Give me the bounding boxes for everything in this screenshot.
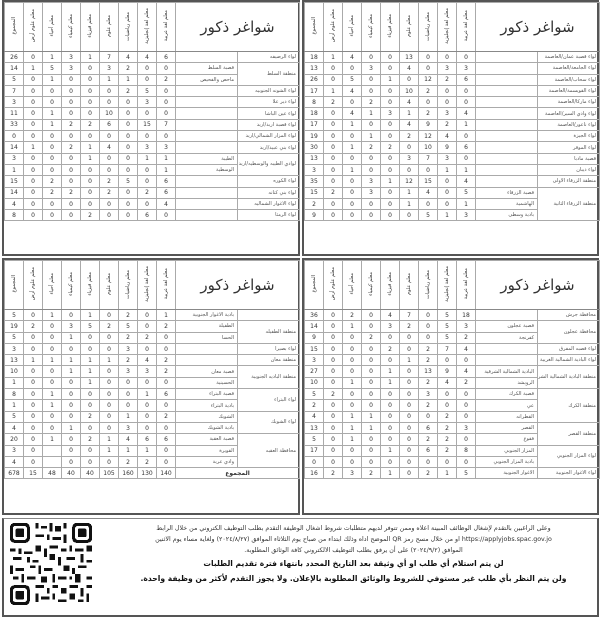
vacancy-count: 0 (138, 74, 157, 85)
sub-area-name: الرويشد (476, 377, 538, 388)
vacancy-count: 1 (43, 400, 62, 411)
vacancy-count: 0 (43, 131, 62, 142)
table-row: لواء عين الباشا00010001011 (5, 108, 300, 119)
column-header-label: معلم علوم (406, 15, 412, 37)
vacancy-count: 0 (100, 85, 119, 96)
vacancy-count: 18 (457, 310, 476, 321)
table-row: منطقة الزرقاء الثانيةقصبة الزرقاء5041030… (305, 187, 600, 198)
sub-area-name (176, 187, 238, 198)
directorate-name: منطقة البادية الشمالية الشرقية (538, 366, 600, 389)
vacancy-count: 4 (457, 366, 476, 377)
vacancy-count: 4 (138, 52, 157, 63)
sub-area-name: قصبة البتراء (176, 389, 238, 400)
column-header-label: معلم أحياء (49, 15, 55, 37)
sub-area-name: بادية وسطى (476, 210, 538, 221)
table-row: لواء سحاب/العاصمة62120105026 (305, 74, 600, 85)
vacancy-count: 0 (81, 389, 100, 400)
vacancy-count: 0 (381, 97, 400, 108)
directorate-name: لواء الشوبك (238, 411, 300, 434)
vacancy-count: 0 (100, 332, 119, 343)
vacancy-count: 0 (457, 389, 476, 400)
vacancy-count: 5 (43, 63, 62, 74)
row-total: 5 (5, 310, 24, 321)
vacancy-count: 0 (381, 131, 400, 142)
vacancy-count: 2 (43, 187, 62, 198)
vacancy-count: 0 (400, 411, 419, 422)
table-row: لواء الكوره6052002015 (5, 176, 300, 187)
vacancy-count: 0 (324, 198, 343, 209)
grand-total-row: المجموع14013016010540404815678 (5, 468, 300, 479)
vacancy-count: 0 (119, 164, 138, 175)
vacancy-count: 0 (81, 422, 100, 433)
vacancy-count: 0 (138, 63, 157, 74)
column-header: معلم أحياء (43, 261, 62, 310)
vacancy-count: 3 (138, 97, 157, 108)
vacancy-count: 4 (119, 434, 138, 445)
directorate-name: منطقة الزرقاء الثانية (538, 187, 600, 221)
table-row: منطقة البادية الشمالية الشرقيةالبادية ال… (305, 366, 600, 377)
grand-total-value: 678 (5, 468, 24, 479)
vacancy-count: 0 (381, 411, 400, 422)
vacancy-count: 0 (400, 445, 419, 456)
table-row: لواء الشوبكالشوبك201020005 (5, 411, 300, 422)
table-row: منطقة القصرالقصر3260011013 (305, 422, 600, 433)
vacancy-count: 1 (81, 52, 100, 63)
row-total: 8 (305, 97, 324, 108)
vacancy-count: 13 (419, 366, 438, 377)
directorate-name: لواء ذيبان (538, 164, 600, 175)
vacancy-count: 0 (81, 97, 100, 108)
column-header-label: معلم فيزياء (87, 272, 93, 296)
row-total: 16 (305, 468, 324, 479)
vacancy-count: 0 (24, 131, 43, 142)
vacancy-count: 2 (157, 321, 176, 332)
vacancy-count: 4 (119, 52, 138, 63)
row-total: 3 (305, 355, 324, 366)
vacancy-count: 0 (100, 422, 119, 433)
vacancy-count: 0 (324, 366, 343, 377)
row-total: 17 (305, 445, 324, 456)
vacancy-count: 1 (100, 445, 119, 456)
vacancy-count: 0 (381, 153, 400, 164)
vacancy-count: 2 (400, 131, 419, 142)
vacancy-count: 6 (157, 52, 176, 63)
column-header: معلم لغة عربية (457, 261, 476, 310)
column-header: معلم رياضيات (119, 261, 138, 310)
directorate-name (238, 310, 300, 321)
vacancy-count: 3 (400, 153, 419, 164)
vacancy-count: 0 (438, 456, 457, 467)
vacancy-count: 0 (138, 164, 157, 175)
vacancy-count: 2 (119, 310, 138, 321)
vacancy-count: 0 (24, 108, 43, 119)
column-header-label: معلم فيزياء (387, 14, 393, 38)
vacancy-count: 0 (100, 411, 119, 422)
vacancy-count: 0 (138, 422, 157, 433)
vacancy-count: 0 (100, 198, 119, 209)
row-total: 14 (5, 63, 24, 74)
vacancy-count: 2 (438, 445, 457, 456)
vacancy-count: 0 (324, 400, 343, 411)
sub-area-name: كفرنجة (476, 332, 538, 343)
table-row: منطقة معان2421111113 (5, 355, 300, 366)
vacancy-count: 0 (24, 52, 43, 63)
vacancy-count: 0 (62, 456, 81, 467)
vacancy-count: 0 (119, 131, 138, 142)
vacancy-count: 2 (81, 210, 100, 221)
vacancy-count: 0 (24, 422, 43, 433)
row-total: 8 (5, 210, 24, 221)
sub-area-name (176, 210, 238, 221)
row-total: 19 (5, 321, 24, 332)
sub-area-name: قصبة الزرقاء (476, 187, 538, 198)
vacancy-count: 2 (138, 456, 157, 467)
vacancy-count: 0 (419, 456, 438, 467)
vacancy-table-panel-bottom-right: شواغر ذكورمعلم لغة عربيةمعلم لغة إنجليزي… (302, 258, 599, 515)
table-row: لواء الاغوار الشماليه400000004 (5, 198, 300, 209)
vacancy-count: 7 (438, 343, 457, 354)
row-total: 11 (5, 108, 24, 119)
sub-area-name (476, 176, 538, 187)
vacancy-count: 0 (43, 422, 62, 433)
vacancy-count: 0 (138, 400, 157, 411)
vacancy-count: 0 (400, 366, 419, 377)
row-total: 19 (305, 131, 324, 142)
vacancy-count: 0 (362, 434, 381, 445)
vacancy-count: 0 (438, 355, 457, 366)
vacancy-count: 15 (138, 119, 157, 130)
column-header: معلم كيمياء (62, 3, 81, 52)
table-row: لواء البادية الشمالية الغربية002100003 (305, 355, 600, 366)
vacancy-count: 0 (400, 343, 419, 354)
instructions-line-2: https://applyjobs.spac.gov.jo او من خلال… (116, 534, 591, 545)
vacancy-count: 1 (381, 176, 400, 187)
vacancy-count: 4 (457, 343, 476, 354)
vacancy-count: 0 (62, 445, 81, 456)
sub-area-name (176, 198, 238, 209)
vacancy-count: 0 (457, 52, 476, 63)
row-total: 13 (305, 63, 324, 74)
instructions-line-3: الموافق (٢٠٢٤/٩/٢) على أن يرفق بطلب التو… (116, 545, 591, 556)
vacancy-count: 0 (324, 63, 343, 74)
vacancy-count: 0 (343, 210, 362, 221)
vacancy-count: 3 (138, 142, 157, 153)
column-header: معلم رياضيات (119, 3, 138, 52)
row-total: 3 (5, 97, 24, 108)
vacancy-count: 0 (362, 456, 381, 467)
vacancy-count: 0 (100, 389, 119, 400)
vacancy-count: 4 (343, 85, 362, 96)
vacancy-count: 0 (157, 108, 176, 119)
sub-area-name: فقوع (476, 434, 538, 445)
column-header-label: معلم رياضيات (125, 12, 131, 41)
vacancy-count: 0 (119, 377, 138, 388)
panel-title: شواغر ذكور (176, 3, 300, 52)
table-row: لواء وادي السير/العاصمة4321314018 (305, 108, 600, 119)
vacancy-count: 4 (419, 187, 438, 198)
vacancy-count: 0 (138, 131, 157, 142)
vacancy-count: 0 (324, 456, 343, 467)
directorate-name: لواء القويسمة/العاصمة (538, 85, 600, 96)
sub-area-name: القطرانه (476, 411, 538, 422)
sub-area-name (476, 164, 538, 175)
column-header: معلم أحياء (343, 261, 362, 310)
directorate-name: محافظة العقبه (238, 434, 300, 468)
vacancy-count: 3 (343, 468, 362, 479)
vacancy-count: 0 (81, 164, 100, 175)
vacancy-count: 3 (457, 321, 476, 332)
vacancy-count: 0 (400, 377, 419, 388)
sub-area-name (476, 343, 538, 354)
vacancy-count: 0 (343, 343, 362, 354)
vacancy-count: 0 (343, 63, 362, 74)
vacancy-count: 3 (62, 63, 81, 74)
row-total: 5 (5, 411, 24, 422)
vacancy-count: 0 (62, 377, 81, 388)
vacancy-count: 0 (157, 131, 176, 142)
vacancy-count: 0 (324, 411, 343, 422)
vacancy-count: 0 (100, 377, 119, 388)
vacancy-count: 1 (62, 422, 81, 433)
vacancy-count: 0 (62, 198, 81, 209)
vacancy-count: 1 (381, 366, 400, 377)
vacancy-count: 1 (157, 164, 176, 175)
row-total: 35 (305, 176, 324, 187)
vacancy-count: 4 (138, 355, 157, 366)
vacancy-count: 0 (381, 119, 400, 130)
vacancy-count: 3 (62, 321, 81, 332)
vacancy-count: 0 (62, 176, 81, 187)
row-total: 10 (305, 377, 324, 388)
vacancy-count: 1 (119, 411, 138, 422)
vacancy-count: 1 (81, 153, 100, 164)
sub-area-name: الطيبة (176, 153, 238, 164)
apply-link[interactable]: https://applyjobs.spac.gov.jo او من خلال… (155, 536, 552, 543)
grand-total-label: المجموع (176, 468, 300, 479)
vacancy-count: 0 (100, 210, 119, 221)
column-header-label: معلم فيزياء (87, 14, 93, 38)
vacancy-count: 0 (362, 321, 381, 332)
vacancy-count: 6 (100, 119, 119, 130)
qr-code-icon[interactable] (10, 523, 92, 605)
vacancy-count: 0 (43, 142, 62, 153)
vacancy-count: 9 (438, 142, 457, 153)
vacancy-count: 0 (362, 310, 381, 321)
vacancy-count: 0 (362, 52, 381, 63)
vacancy-count: 0 (324, 74, 343, 85)
vacancy-count: 1 (157, 153, 176, 164)
vacancy-count: 2 (138, 187, 157, 198)
vacancy-count: 1 (138, 389, 157, 400)
vacancy-count: 0 (419, 310, 438, 321)
directorate-name: لواء ناعور/العاصمة (538, 119, 600, 130)
row-total: 15 (5, 176, 24, 187)
vacancy-count: 0 (381, 52, 400, 63)
table-row: لواء الشونه الجنوبيه052000007 (5, 85, 300, 96)
vacancy-count: 0 (457, 434, 476, 445)
vacancy-count: 0 (381, 63, 400, 74)
vacancy-count: 1 (343, 377, 362, 388)
vacancy-count: 0 (343, 198, 362, 209)
vacancy-count: 0 (324, 210, 343, 221)
column-header-label: معلم رياضيات (425, 12, 431, 41)
vacancy-count: 6 (457, 142, 476, 153)
vacancy-count: 0 (157, 343, 176, 354)
vacancy-count: 2 (419, 355, 438, 366)
sub-area-name: المزار الجنوبي (476, 445, 538, 456)
vacancy-count: 0 (457, 456, 476, 467)
vacancy-count: 0 (119, 210, 138, 221)
vacancy-count: 3 (381, 108, 400, 119)
table-row: لواء القويسمة/العاصمة00210004117 (305, 85, 600, 96)
vacancy-count: 0 (343, 400, 362, 411)
vacancy-count: 0 (24, 164, 43, 175)
vacancy-count: 0 (81, 108, 100, 119)
directorate-name: لواء الاغوار الشماليه (238, 198, 300, 209)
vacancy-count: 1 (381, 377, 400, 388)
vacancy-count: 12 (400, 176, 419, 187)
table-row: لواء بصيرا003000003 (5, 343, 300, 354)
directorate-name: لواء الرصيفه (238, 52, 300, 63)
table-row: لواء المزار الشمالي/اربد000000000 (5, 131, 300, 142)
table-row: منطقة الباديه الجنوبيةقصبة معان233011001… (5, 366, 300, 377)
column-header-label: معلم لغة إنجليزية (444, 266, 450, 302)
vacancy-count: 1 (457, 164, 476, 175)
vacancy-count: 0 (343, 355, 362, 366)
row-total: 3 (5, 153, 24, 164)
vacancy-count: 6 (419, 445, 438, 456)
table-row: منطقة الزرقاء الاولى401512130035 (305, 176, 600, 187)
table-row: لواء قصبه المفرق4720200015 (305, 343, 600, 354)
vacancy-count: 0 (43, 321, 62, 332)
vacancy-count: 2 (419, 468, 438, 479)
vacancy-count: 0 (362, 445, 381, 456)
row-total: 1 (5, 400, 24, 411)
vacancy-count: 0 (381, 355, 400, 366)
vacancy-count: 0 (400, 400, 419, 411)
row-total: 18 (305, 108, 324, 119)
vacancy-count: 1 (100, 74, 119, 85)
directorate-name: لواء دير علا (238, 97, 300, 108)
column-header-label: المجموع (311, 275, 317, 293)
vacancy-count: 0 (157, 445, 176, 456)
sub-area-name (176, 355, 238, 366)
vacancy-count: 2 (400, 321, 419, 332)
column-header: معلم لغة إنجليزية (438, 3, 457, 52)
vacancy-count: 0 (324, 176, 343, 187)
vacancy-count: 2 (343, 310, 362, 321)
column-header-label: معلم كيمياء (68, 272, 74, 296)
vacancy-count: 0 (62, 153, 81, 164)
vacancy-count: 2 (438, 411, 457, 422)
column-header: معلم كيمياء (362, 3, 381, 52)
vacancy-count: 0 (343, 389, 362, 400)
vacancy-count: 0 (324, 355, 343, 366)
vacancy-count: 0 (362, 153, 381, 164)
row-total: 18 (305, 52, 324, 63)
column-header: معلم أحياء (43, 3, 62, 52)
vacancy-count: 0 (457, 85, 476, 96)
vacancy-count: 3 (119, 366, 138, 377)
vacancy-count: 0 (100, 131, 119, 142)
vacancy-count: 0 (62, 131, 81, 142)
vacancy-count: 1 (119, 74, 138, 85)
sub-area-name: بادية المزار الجنوبي (476, 456, 538, 467)
sub-area-name: الاغوار الجنوبية (476, 468, 538, 479)
table-row: منطقة السلطقصبة السلط0023035114 (5, 63, 300, 74)
vacancy-count: 1 (457, 198, 476, 209)
panel-title: شواغر ذكور (176, 261, 300, 310)
table-row: لواء ناعور/العاصمة1294001017 (305, 119, 600, 130)
grand-total-value: 160 (119, 468, 138, 479)
vacancy-count: 10 (400, 85, 419, 96)
vacancy-count: 0 (119, 198, 138, 209)
vacancy-count: 0 (362, 164, 381, 175)
vacancy-count: 0 (343, 176, 362, 187)
vacancy-count: 0 (157, 456, 176, 467)
column-header-label: معلم رياضيات (125, 270, 131, 299)
row-total: 15 (305, 187, 324, 198)
vacancy-count: 4 (457, 108, 476, 119)
column-header-label: معلم كيمياء (368, 14, 374, 38)
vacancy-count: 0 (419, 164, 438, 175)
instructions-line-1: وعلى الراغبين بالتقدم لإشغال الوظائف الم… (116, 523, 591, 534)
sub-area-name (176, 119, 238, 130)
column-header: معلم لغة إنجليزية (138, 261, 157, 310)
vacancy-count: 2 (419, 85, 438, 96)
row-total: 9 (305, 210, 324, 221)
column-header: معلم لغة عربية (157, 261, 176, 310)
vacancy-count: 0 (400, 434, 419, 445)
column-header: معلم لغة عربية (157, 3, 176, 52)
vacancy-count: 2 (100, 187, 119, 198)
vacancy-count: 0 (62, 434, 81, 445)
vacancy-count: 10 (100, 108, 119, 119)
vacancy-count: 0 (400, 468, 419, 479)
sub-area-name: القصر (476, 422, 538, 433)
vacancy-count: 0 (24, 97, 43, 108)
vacancy-count: 0 (381, 434, 400, 445)
vacancy-count: 0 (138, 108, 157, 119)
vacancy-count: 0 (324, 422, 343, 433)
vacancy-count: 0 (324, 321, 343, 332)
vacancy-count: 0 (324, 434, 343, 445)
sub-area-name: قصبة العقبة (176, 434, 238, 445)
vacancy-count: 1 (138, 153, 157, 164)
vacancy-count: 0 (119, 142, 138, 153)
vacancy-count: 1 (381, 445, 400, 456)
vacancy-count: 0 (400, 422, 419, 433)
vacancy-count: 0 (43, 332, 62, 343)
vacancy-count: 6 (157, 176, 176, 187)
directorate-name: لواء البتراء (238, 389, 300, 412)
vacancy-count: 0 (381, 85, 400, 96)
vacancy-count: 0 (362, 210, 381, 221)
vacancy-count: 3 (157, 142, 176, 153)
vacancy-count: 3 (438, 153, 457, 164)
vacancy-count: 0 (419, 411, 438, 422)
vacancy-count: 0 (24, 366, 43, 377)
vacancy-count: 0 (438, 187, 457, 198)
vacancy-count: 0 (400, 142, 419, 153)
sub-area-name (476, 142, 538, 153)
vacancy-count: 0 (43, 210, 62, 221)
vacancy-count: 0 (324, 343, 343, 354)
vacancy-count: 1 (381, 74, 400, 85)
vacancy-table: شواغر ذكورمعلم لغة عربيةمعلم لغة إنجليزي… (304, 2, 600, 221)
vacancy-count: 0 (157, 97, 176, 108)
vacancy-count: 0 (400, 74, 419, 85)
